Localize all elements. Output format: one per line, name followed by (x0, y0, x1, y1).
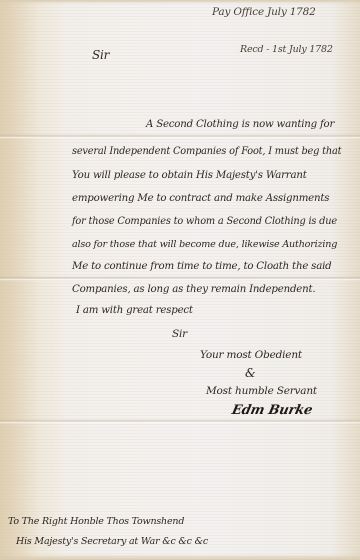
closing-sir: Sir (172, 328, 187, 340)
fold-line-3 (0, 419, 360, 424)
paper-edge-top (0, 0, 360, 4)
letter-page: Pay Office July 1782 Recd - 1st July 178… (0, 0, 360, 560)
closing-ampersand: & (245, 366, 255, 380)
body-line: I am with great respect (76, 305, 193, 316)
closing-line-2: Most humble Servant (206, 385, 317, 397)
body-line: Companies, as long as they remain Indepe… (72, 284, 315, 295)
body-line: for those Companies to whom a Second Clo… (72, 216, 337, 227)
addressee-line-1: To The Right Honble Thos Townshend (8, 516, 184, 527)
body-line: several Independent Companies of Foot, I… (72, 146, 341, 157)
paper-edge-bottom (0, 554, 360, 560)
body-line: also for those that will become due, lik… (72, 239, 337, 250)
header-place-date: Pay Office July 1782 (212, 6, 316, 18)
body-line: You will please to obtain His Majesty's … (72, 170, 307, 181)
fold-line-1 (0, 134, 360, 139)
addressee-line-2: His Majesty's Secretary at War &c &c &c (16, 536, 208, 547)
body-line: A Second Clothing is now wanting for (146, 119, 334, 130)
closing-line-1: Your most Obedient (200, 349, 302, 361)
body-line: empowering Me to contract and make Assig… (72, 193, 329, 204)
signature: Edm Burke (230, 403, 313, 418)
salutation: Sir (92, 48, 109, 62)
fold-line-2 (0, 276, 360, 281)
body-line: Me to continue from time to time, to Clo… (72, 261, 331, 272)
header-received-note: Recd - 1st July 1782 (240, 44, 333, 55)
